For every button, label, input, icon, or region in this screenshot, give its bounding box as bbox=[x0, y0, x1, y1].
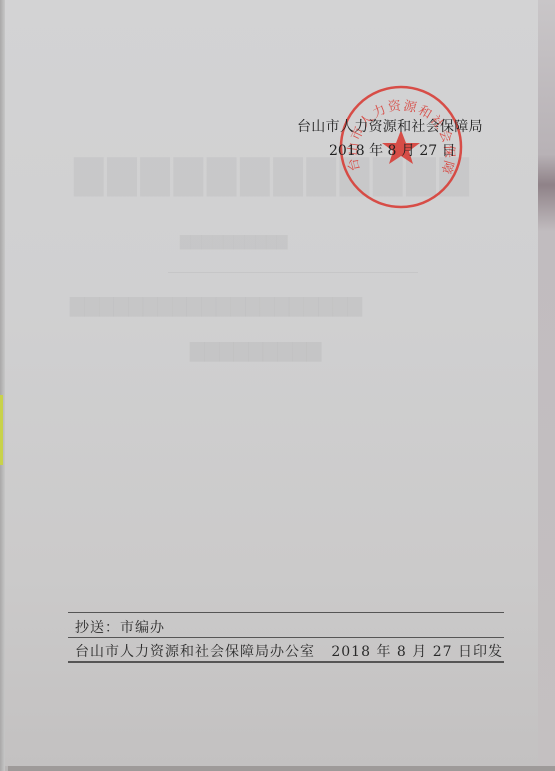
cc-line: 抄送：市编办 bbox=[75, 617, 165, 637]
issuer-line: 台山市人力资源和社会保障局办公室 2018 年 8 月 27 日印发 bbox=[75, 641, 503, 661]
signature-date: 2018 年 8 月 27 日 bbox=[329, 140, 456, 160]
footer-rule-middle bbox=[68, 637, 504, 638]
signatory-name: 台山市人力资源和社会保障局 bbox=[297, 116, 483, 136]
footer-rule-top bbox=[68, 612, 504, 613]
bleed-through-title-line-2: ▇▇▇▇▇▇▇▇▇ bbox=[190, 340, 322, 362]
cc-label: 抄送： bbox=[75, 620, 120, 636]
issue-date: 2018 年 8 月 27 日印发 bbox=[331, 644, 503, 660]
bleed-through-doc-number: ▇▇▇▇▇▇▇▇▇▇ bbox=[180, 234, 288, 250]
edge-tab-marker bbox=[0, 395, 3, 465]
cc-recipient: 市编办 bbox=[120, 620, 165, 636]
issuing-office: 台山市人力资源和社会保障局办公室 bbox=[75, 644, 315, 660]
page-stack-edge bbox=[0, 0, 5, 771]
bleed-through-rule bbox=[168, 272, 418, 273]
footer-rule-bottom bbox=[68, 661, 504, 663]
page-bottom-edge bbox=[8, 766, 555, 771]
bleed-through-title-line-1: ▇▇▇▇▇▇▇▇▇▇▇▇▇▇▇▇▇▇▇▇ bbox=[70, 295, 362, 317]
